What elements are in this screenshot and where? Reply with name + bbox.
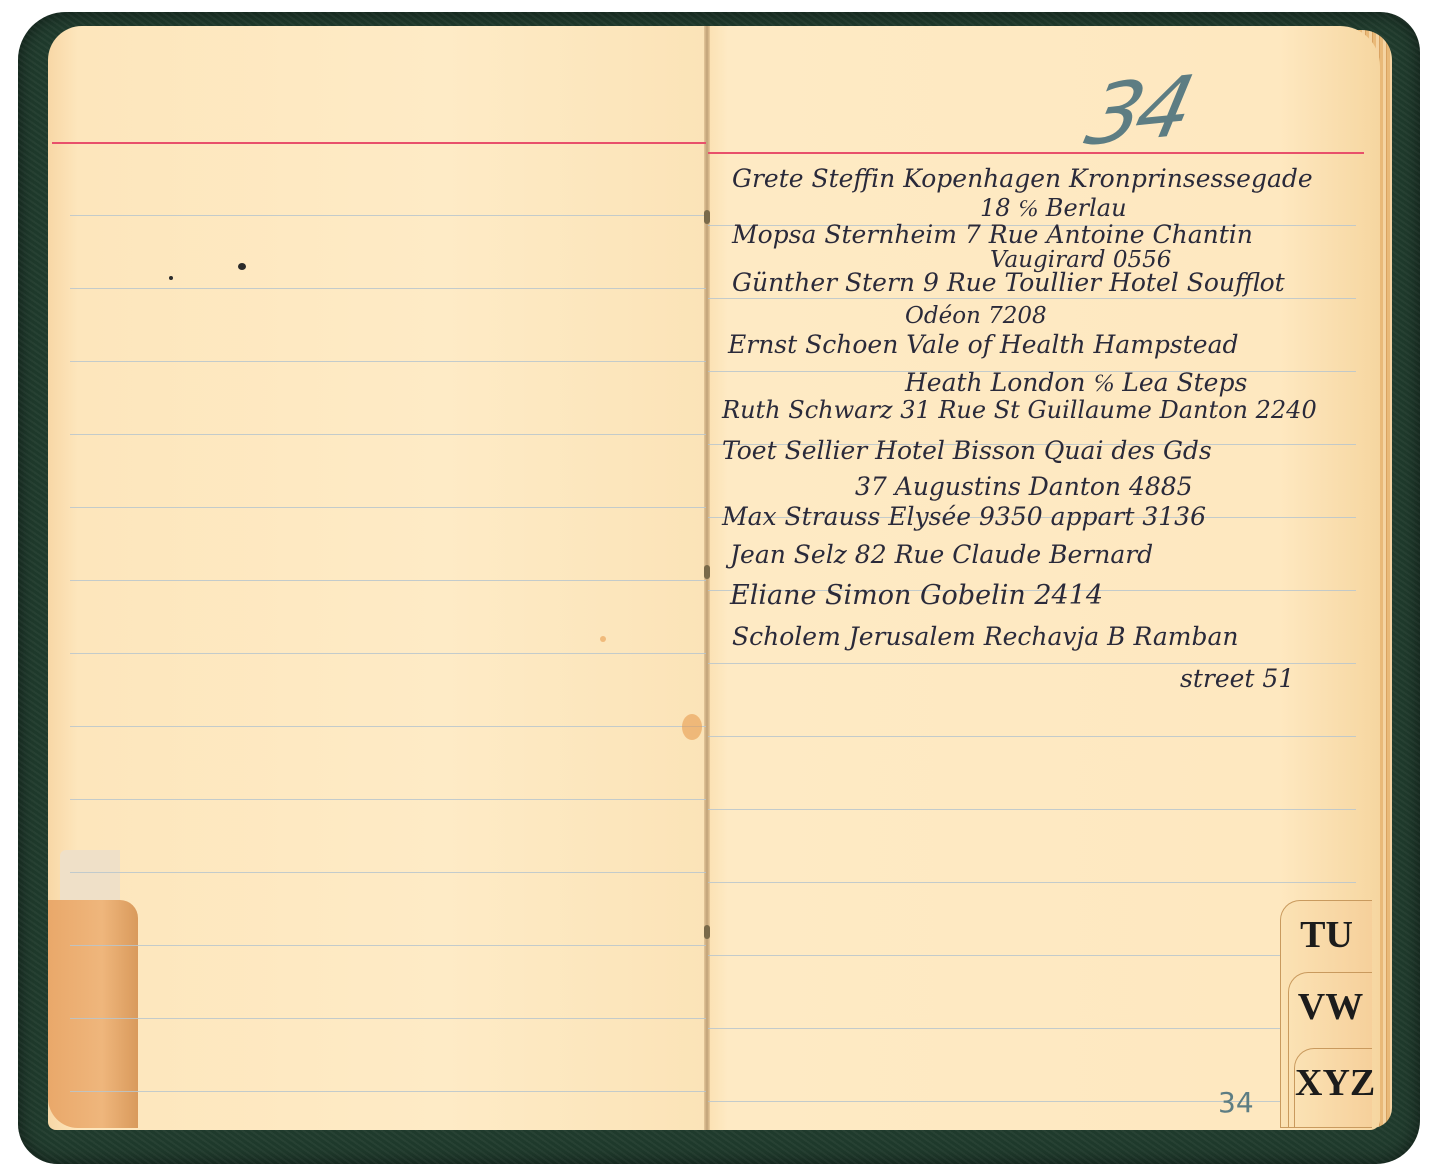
ruled-line <box>70 653 706 654</box>
address-entry-line: Günther Stern 9 Rue Toullier Hotel Souff… <box>732 268 1285 297</box>
ruled-line <box>70 945 706 946</box>
address-entry-line: Odéon 7208 <box>905 303 1047 329</box>
address-entry-line: Ernst Schoen Vale of Health Hampstead <box>728 330 1239 359</box>
ruled-line <box>70 215 706 216</box>
ink-blot <box>169 276 173 280</box>
ruled-line <box>708 736 1356 737</box>
address-entry-line: Eliane Simon Gobelin 2414 <box>730 580 1103 611</box>
address-entry-line: Toet Sellier Hotel Bisson Quai des Gds <box>722 436 1212 465</box>
ruled-line <box>708 809 1356 810</box>
ink-blot <box>238 263 246 270</box>
index-tab-xyz[interactable]: XYZ <box>1294 1048 1372 1128</box>
binding-stitch <box>704 565 710 579</box>
ruled-line <box>708 1101 1356 1102</box>
address-entry-line: 18 ℅ Berlau <box>980 194 1127 223</box>
red-header-rule <box>52 142 706 144</box>
ruled-line <box>70 580 706 581</box>
address-entry-line: Scholem Jerusalem Rechavja B Ramban <box>732 622 1238 651</box>
red-header-rule <box>708 152 1364 154</box>
address-entry-line: 37 Augustins Danton 4885 <box>855 472 1193 501</box>
ruled-line <box>70 434 706 435</box>
address-entry-line: Max Strauss Elysée 9350 appart 3136 <box>722 502 1206 531</box>
paper-stain <box>600 636 606 642</box>
ruled-line <box>70 1091 706 1092</box>
left-page <box>48 26 708 1130</box>
ruled-line <box>70 726 706 727</box>
address-entry-line: street 51 <box>1180 664 1294 693</box>
binding-stitch <box>704 210 710 224</box>
ruled-line <box>708 882 1356 883</box>
address-entry-line: Jean Selz 82 Rue Claude Bernard <box>730 540 1153 569</box>
ruled-line <box>708 955 1356 956</box>
ruled-line <box>708 1028 1356 1029</box>
address-entry-line: Heath London ℅ Lea Steps <box>905 368 1247 398</box>
address-entry-line: Grete Steffin Kopenhagen Kronprinsessega… <box>732 164 1313 193</box>
ruled-line <box>70 872 706 873</box>
address-entry-line: Mopsa Sternheim 7 Rue Antoine Chantin <box>732 220 1253 249</box>
index-tabs: TU VW XYZ <box>1280 900 1372 1128</box>
ruled-line <box>70 799 706 800</box>
ruled-line <box>70 288 706 289</box>
ruled-line <box>70 507 706 508</box>
ruled-line <box>70 361 706 362</box>
binding-stitch <box>704 925 710 939</box>
address-entry-line: Ruth Schwarz 31 Rue St Guillaume Danton … <box>722 396 1317 424</box>
page-number-footer: 34 <box>1218 1086 1254 1119</box>
ruled-line <box>70 1018 706 1019</box>
ruled-line <box>708 298 1356 299</box>
paper-stain <box>682 714 702 740</box>
left-tab-gap <box>60 850 120 900</box>
left-cut-tab <box>48 900 138 1128</box>
